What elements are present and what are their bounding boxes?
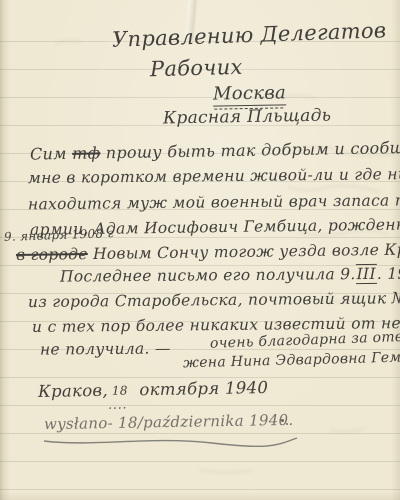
handwritten-letter-sheet: Управлению Делегатов Рабочих Москва Крас… [0,0,400,500]
opening-word: Сим [30,144,67,164]
body-line-6: Последнее письмо его получила 9.III. 194… [60,265,400,285]
dots-under-day: .... [108,398,127,412]
day-number: 18 [112,384,128,397]
place-date-rest: октября 1940 [139,378,268,399]
struck-out-word: тф [72,143,101,162]
destination-city: Москва [213,83,286,104]
destination-address: Красная Пльщадь [163,107,332,129]
pencil-underline-stroke [42,434,300,448]
place-city: Краков, [38,381,108,401]
roman-month-numeral: III [355,264,376,284]
addressee-line-2: Рабочих [150,56,243,82]
body-line-9: не получила. — [40,340,171,358]
body-line-5-struck: в городе [16,245,88,264]
body-line-6-post: . 1940 г [377,264,400,283]
city-underlined: Москва [213,82,286,106]
body-line-6-pre: Последнее письмо его получила 9. [60,265,356,286]
